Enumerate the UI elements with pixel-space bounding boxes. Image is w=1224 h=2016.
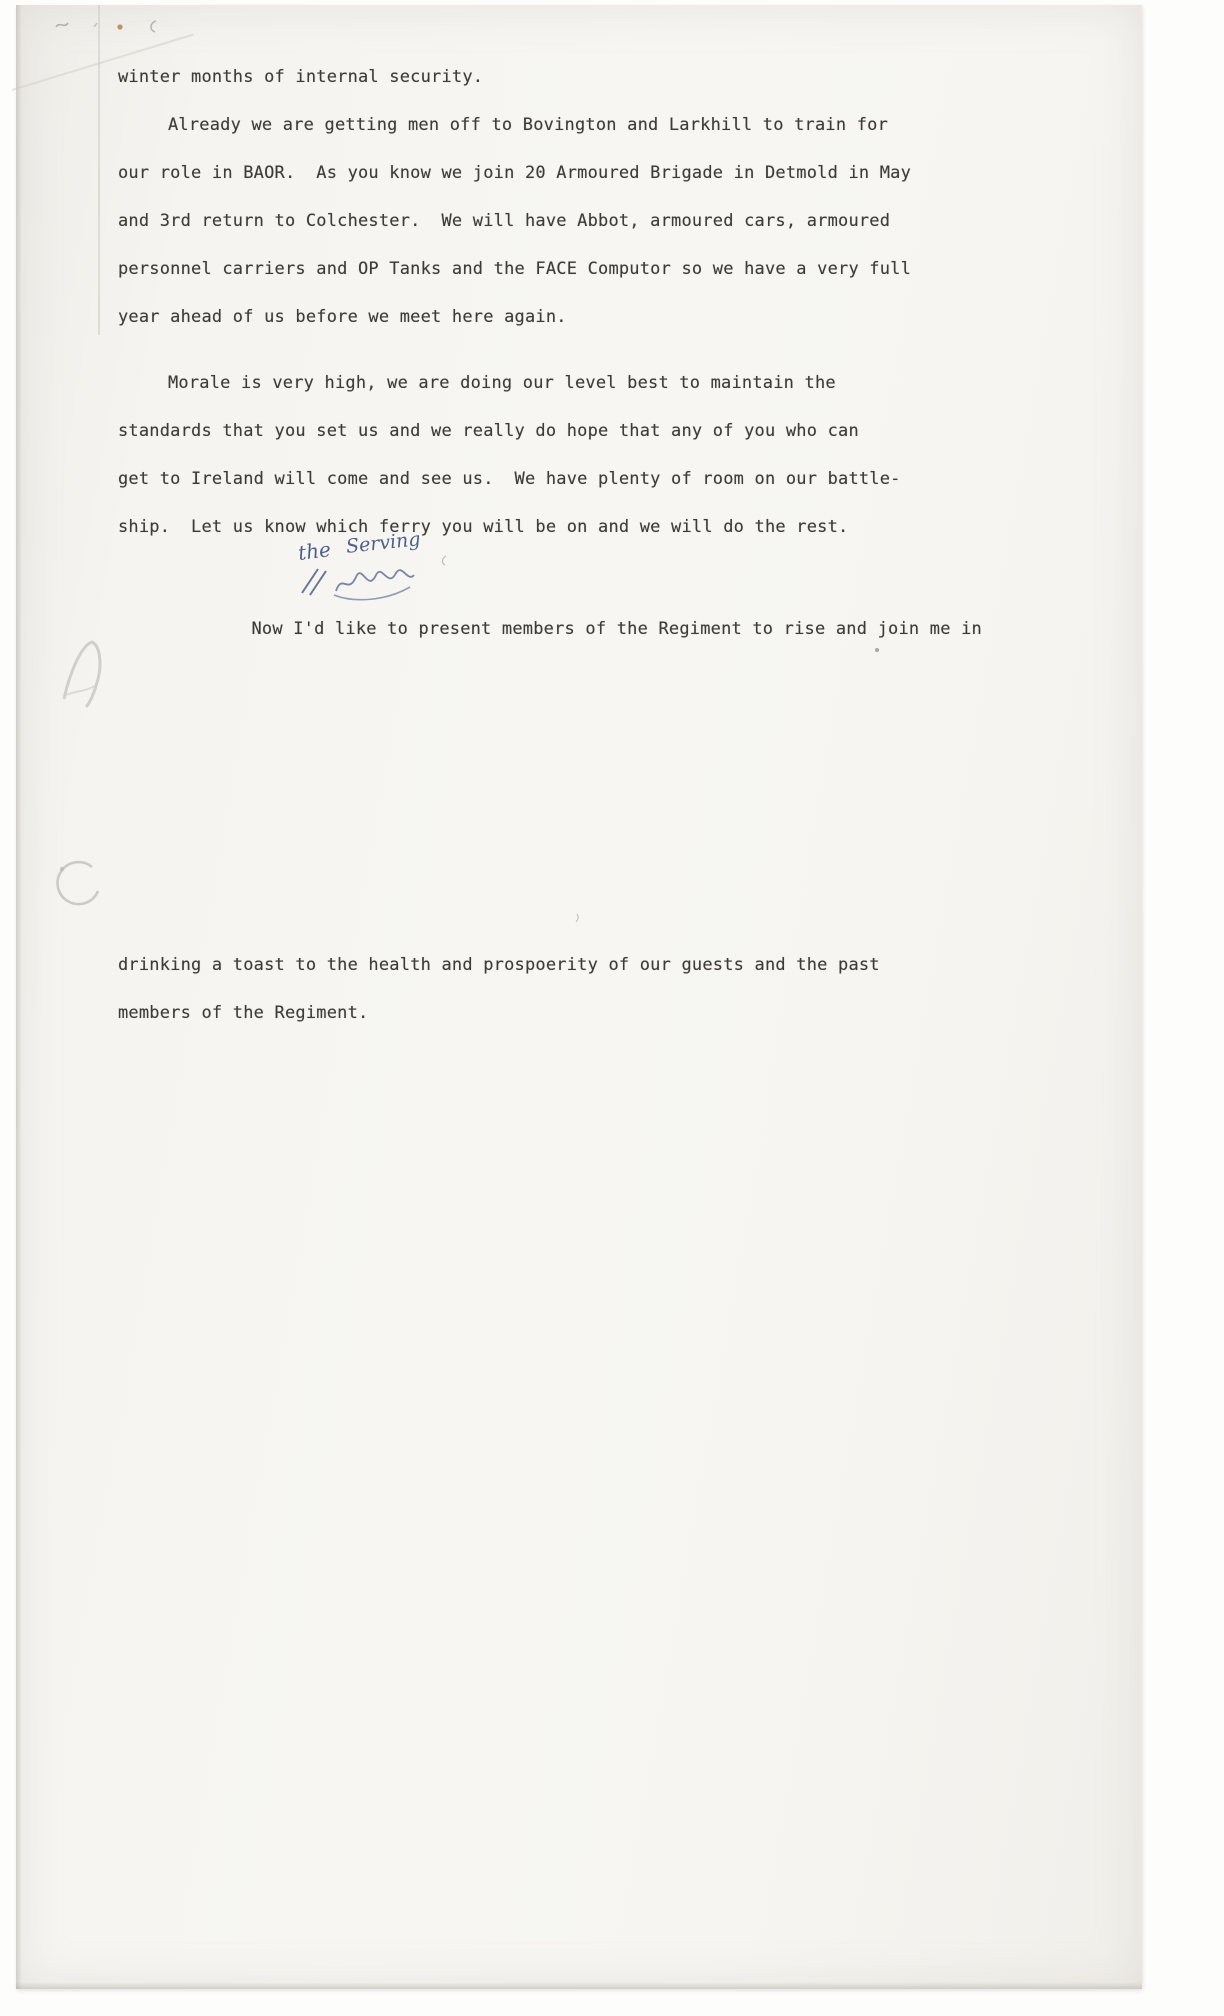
struck-word: to	[387, 619, 408, 639]
paper-crease-vertical	[98, 5, 100, 335]
typed-text-body: winter months of internal security. Alre…	[118, 53, 938, 1037]
typed-line: personnel carriers and OP Tanks and the …	[118, 245, 938, 293]
paragraph-toast: Now I'd like to present members of the R…	[118, 557, 938, 1037]
typed-line: our role in BAOR. As you know we join 20…	[118, 149, 938, 197]
typed-segment: members of the Regiment to rise and join…	[492, 619, 982, 639]
typed-line: and 3rd return to Colchester. We will ha…	[118, 197, 938, 245]
overwritten-word: present	[418, 619, 491, 639]
typed-line: get to Ireland will come and see us. We …	[118, 455, 938, 503]
typed-line: Morale is very high, we are doing our le…	[118, 359, 938, 407]
smudge-circle	[48, 857, 112, 921]
pencil-mark-margin	[56, 633, 126, 713]
typed-line: Already we are getting men off to Boving…	[118, 101, 938, 149]
typed-line-with-correction: Now I'd like to present members of the R…	[118, 557, 938, 941]
typed-line: members of the Regiment.	[118, 989, 938, 1037]
typed-segment	[408, 619, 418, 639]
paragraph-continuation: winter months of internal security.	[118, 53, 938, 101]
typed-line: year ahead of us before we meet here aga…	[118, 293, 938, 341]
handwritten-word-the: the	[297, 539, 332, 563]
scanned-page: winter months of internal security. Alre…	[16, 5, 1142, 1989]
typed-line: standards that you set us and we really …	[118, 407, 938, 455]
paragraph-morale: Morale is very high, we are doing our le…	[118, 359, 938, 551]
typed-line: ship. Let us know which ferry you will b…	[118, 503, 938, 551]
pencil-corner-marks	[50, 11, 180, 41]
typed-line: drinking a toast to the health and prosp…	[118, 941, 938, 989]
handwritten-word-serving: Serving	[345, 530, 421, 557]
paper-edge-shadow-left	[16, 5, 22, 1989]
typed-segment: Now I'd like	[251, 619, 387, 639]
typed-line: winter months of internal security.	[118, 53, 938, 101]
paper-edge-shadow-bottom	[16, 1982, 1142, 1989]
paragraph-training: Already we are getting men off to Boving…	[118, 101, 938, 341]
